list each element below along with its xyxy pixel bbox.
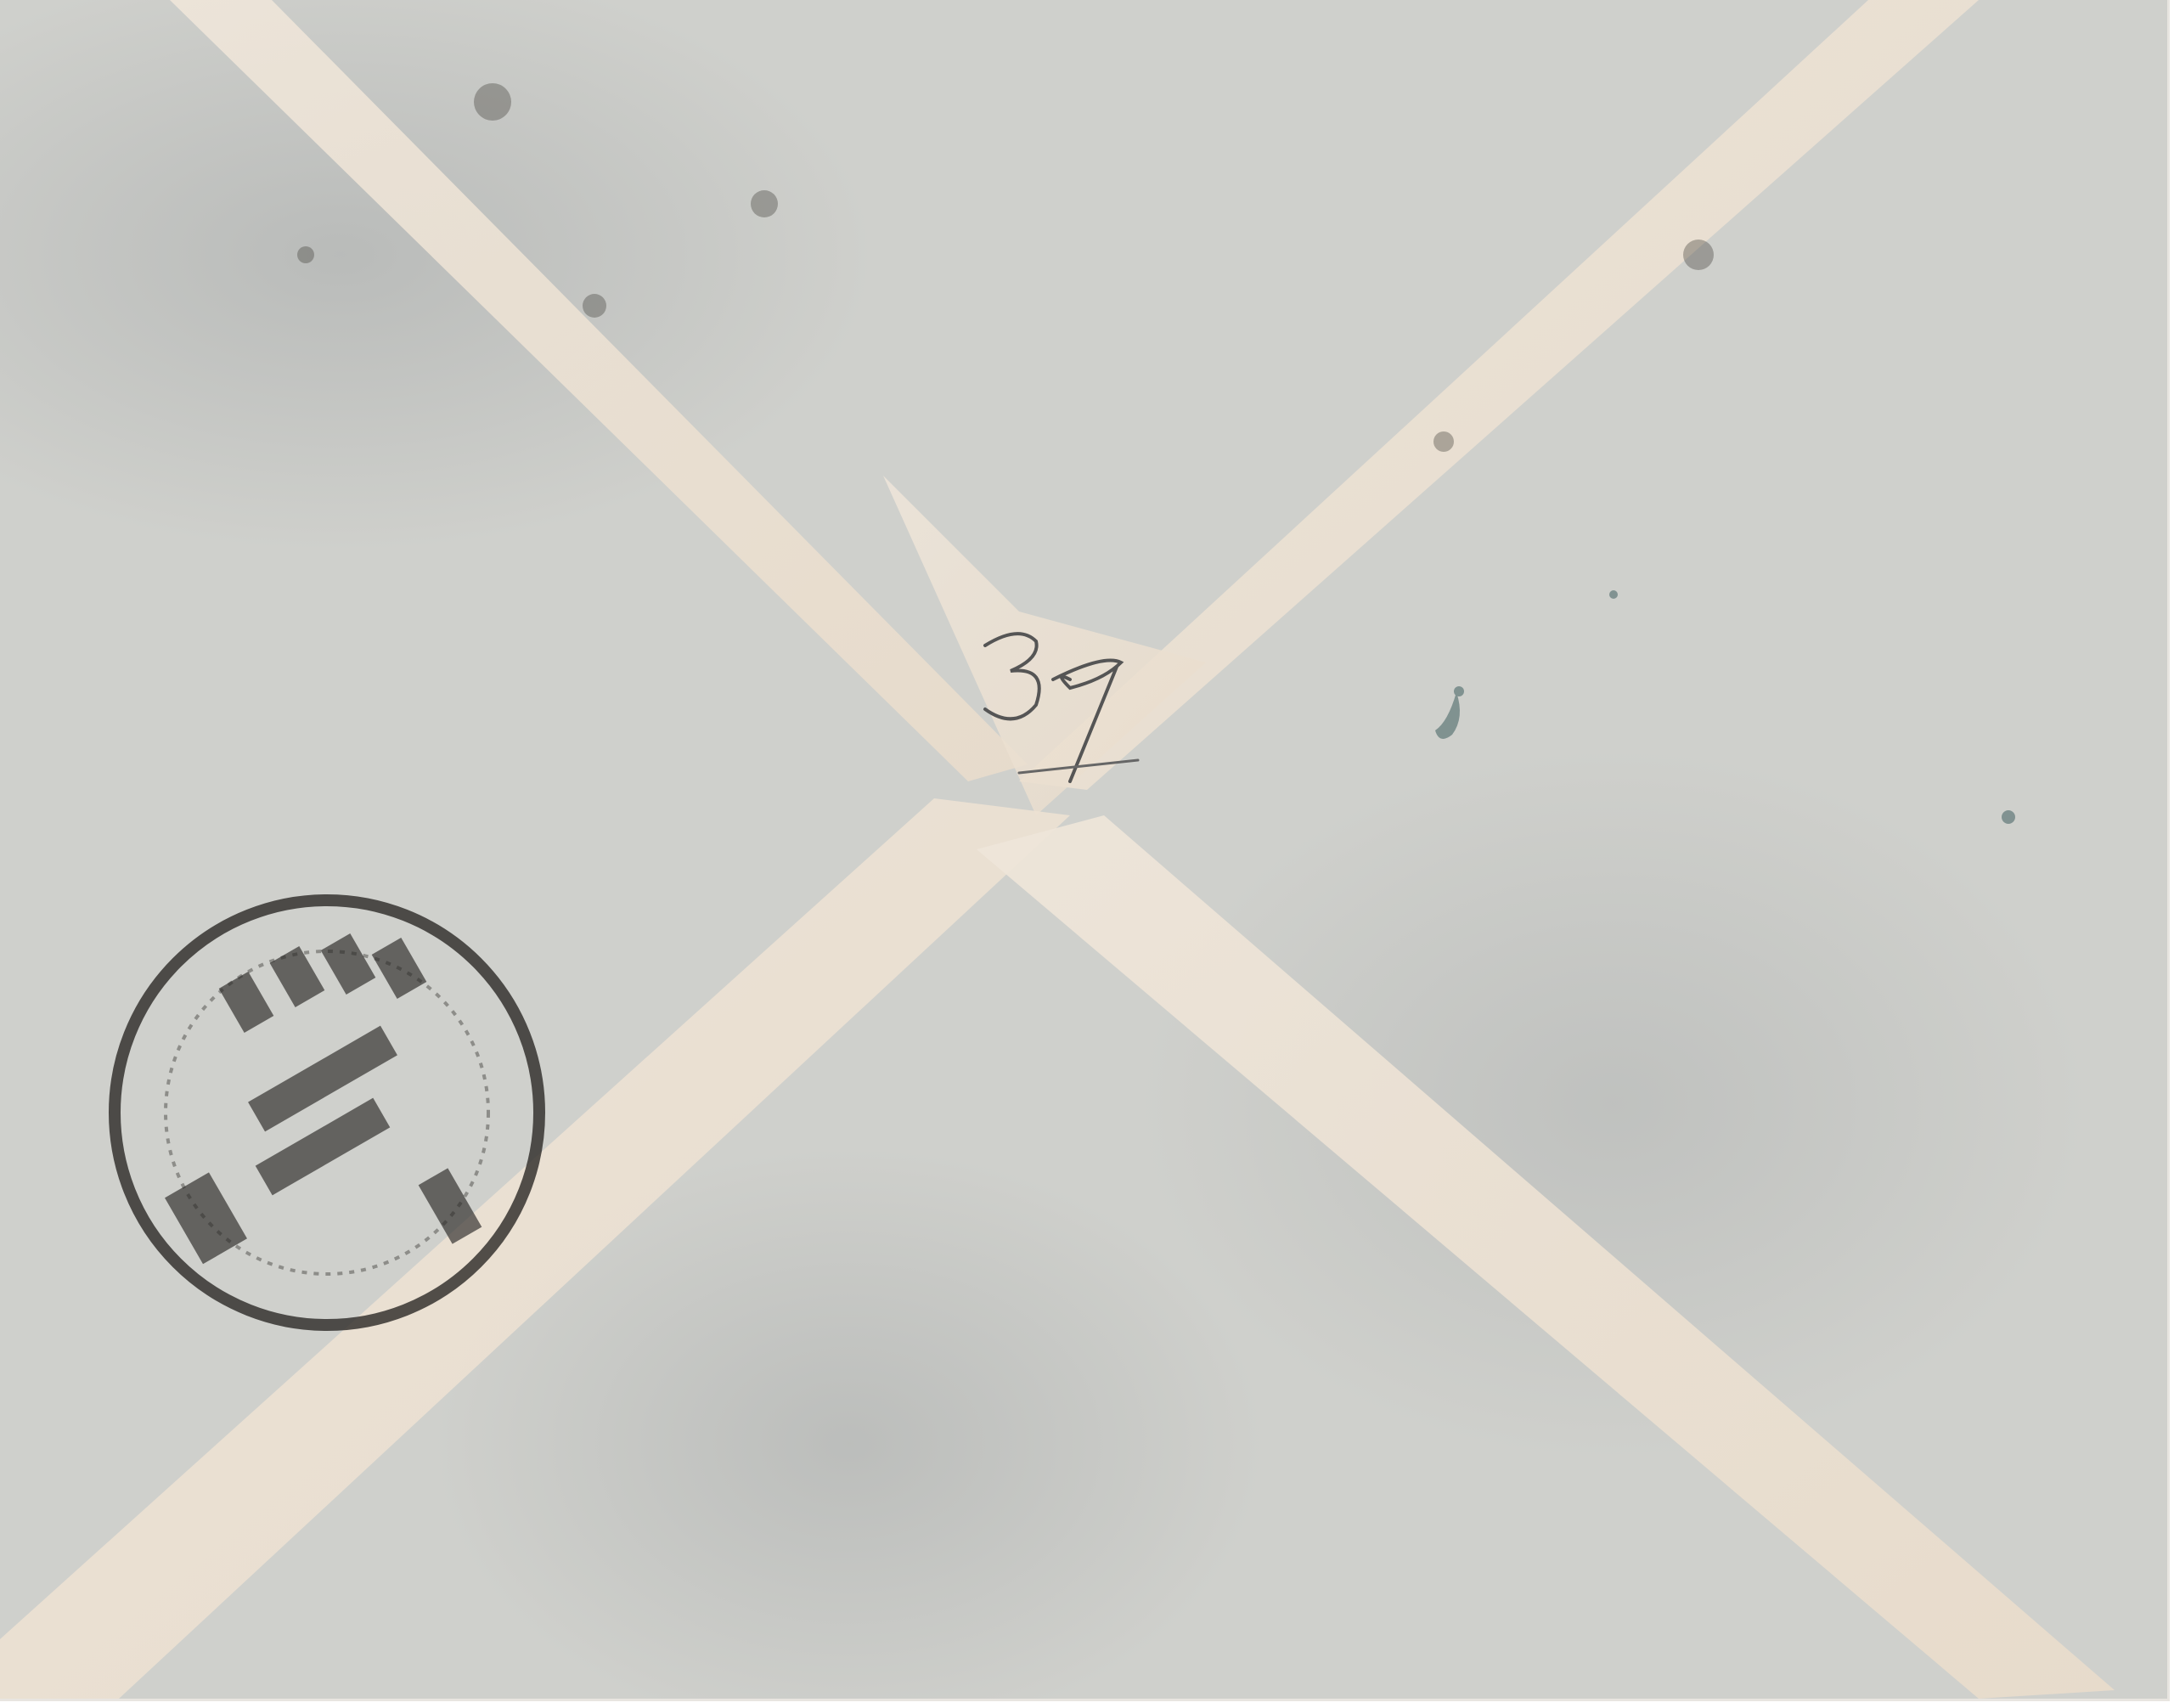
postmark-icon: ... GENTO ... xyxy=(76,875,577,1350)
envelope-flaps xyxy=(0,0,2174,1708)
right-lower-band xyxy=(977,815,2115,1699)
top-flap-left-band xyxy=(170,0,1028,781)
pencil-note: 39 xyxy=(968,612,1155,798)
